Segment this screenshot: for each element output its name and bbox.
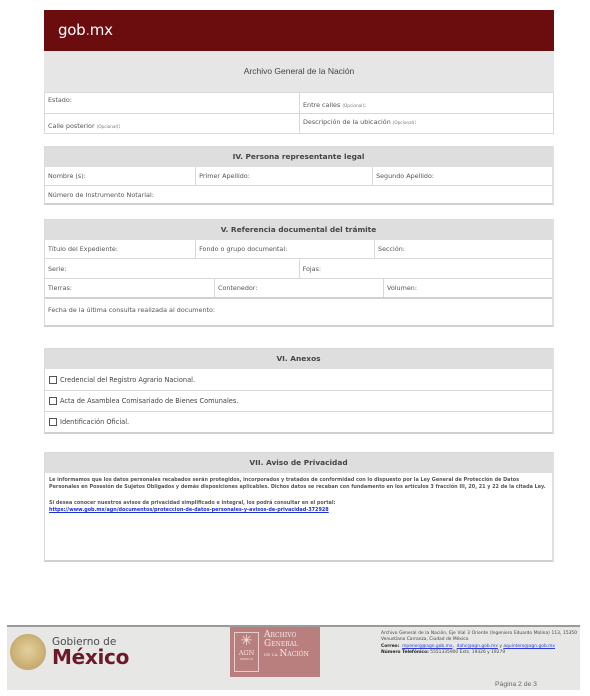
calle-posterior-field[interactable]: Calle posterior (Opcional): — [45, 114, 299, 133]
contact-info: Archivo General de la Nación, Eje Vial 3… — [381, 631, 577, 657]
gob-mx-logo[interactable]: gob.mx — [58, 21, 113, 39]
section-v-title: V. Referencia documental del trámite — [45, 220, 552, 240]
instrumento-notarial-field[interactable]: Número de Instrumento Notarial: — [45, 186, 552, 203]
page-number: Página 2 de 3 — [495, 681, 537, 688]
serie-field[interactable]: Serie: — [45, 259, 299, 278]
email-link[interactable]: mpenerg@agn.gob.mx — [402, 644, 452, 649]
descripcion-ubicacion-field[interactable]: Descripción de la ubicación (Opcional): — [299, 114, 553, 133]
section-vi-title: VI. Anexos — [45, 349, 552, 369]
gob-mx-banner: gob.mx — [44, 10, 554, 51]
gobierno-de-mexico-logo: Gobierno de México — [10, 634, 129, 670]
section-vii-title: VII. Aviso de Privacidad — [45, 453, 552, 473]
privacy-notice-body: Le informamos que los datos personales r… — [45, 473, 552, 514]
email-link[interactable]: aquintero@agn.gob.mx — [503, 644, 555, 649]
institution-title: Archivo General de la Nación — [44, 51, 554, 92]
tierras-field[interactable]: Tierras: — [45, 279, 214, 297]
email-link[interactable]: dahc@agn.gob.mx — [457, 644, 498, 649]
contenedor-field[interactable]: Contenedor: — [214, 279, 383, 297]
primer-apellido-field[interactable]: Primer Apellido: — [195, 167, 372, 185]
anexo-identificacion-oficial[interactable]: Identificación Oficial. — [45, 411, 552, 432]
fojas-field[interactable]: Fojas: — [299, 259, 553, 278]
section-referencia-documental: V. Referencia documental del trámite Tít… — [44, 219, 554, 327]
nombre-field[interactable]: Nombre (s): — [45, 167, 195, 185]
location-fields: Estado: Entre calles (Opcional): Calle p… — [44, 92, 554, 134]
section-anexos: VI. Anexos Credencial del Registro Agrar… — [44, 348, 554, 434]
privacy-paragraph: Le informamos que los datos personales r… — [49, 477, 548, 491]
entre-calles-field[interactable]: Entre calles (Opcional): — [299, 93, 553, 113]
section-representante-legal: IV. Persona representante legal Nombre (… — [44, 146, 554, 205]
privacy-portal-text: Si desea conocer nuestros avisos de priv… — [49, 500, 548, 507]
fecha-ultima-consulta-field[interactable]: Fecha de la última consulta realizada al… — [45, 299, 552, 325]
seccion-field[interactable]: Sección: — [374, 240, 552, 258]
volumen-field[interactable]: Volumen: — [383, 279, 552, 297]
estado-field[interactable]: Estado: — [45, 93, 299, 113]
checkbox[interactable] — [49, 397, 57, 405]
agn-logo: ✳ AGN MÉXICO Archivo General de la Nació… — [230, 627, 320, 677]
national-seal-icon — [10, 634, 46, 670]
anexo-credencial-ran[interactable]: Credencial del Registro Agrario Nacional… — [45, 369, 552, 390]
agn-star-icon: ✳ — [235, 633, 258, 650]
privacy-link[interactable]: https://www.gob.mx/agn/documentos/protec… — [49, 507, 329, 513]
segundo-apellido-field[interactable]: Segundo Apellido: — [372, 167, 552, 185]
titulo-expediente-field[interactable]: Título del Expediente: — [45, 240, 195, 258]
anexo-acta-asamblea[interactable]: Acta de Asamblea Comisariado de Bienes C… — [45, 390, 552, 411]
fondo-documental-field[interactable]: Fondo o grupo documental: — [195, 240, 374, 258]
phone-number: 5551335900 Exts. 19326 y 19279 — [430, 650, 505, 655]
address: Archivo General de la Nación, Eje Vial 3… — [381, 631, 577, 642]
section-iv-title: IV. Persona representante legal — [45, 147, 552, 167]
checkbox[interactable] — [49, 376, 57, 384]
checkbox[interactable] — [49, 418, 57, 426]
section-aviso-privacidad: VII. Aviso de Privacidad Le informamos q… — [44, 452, 554, 562]
